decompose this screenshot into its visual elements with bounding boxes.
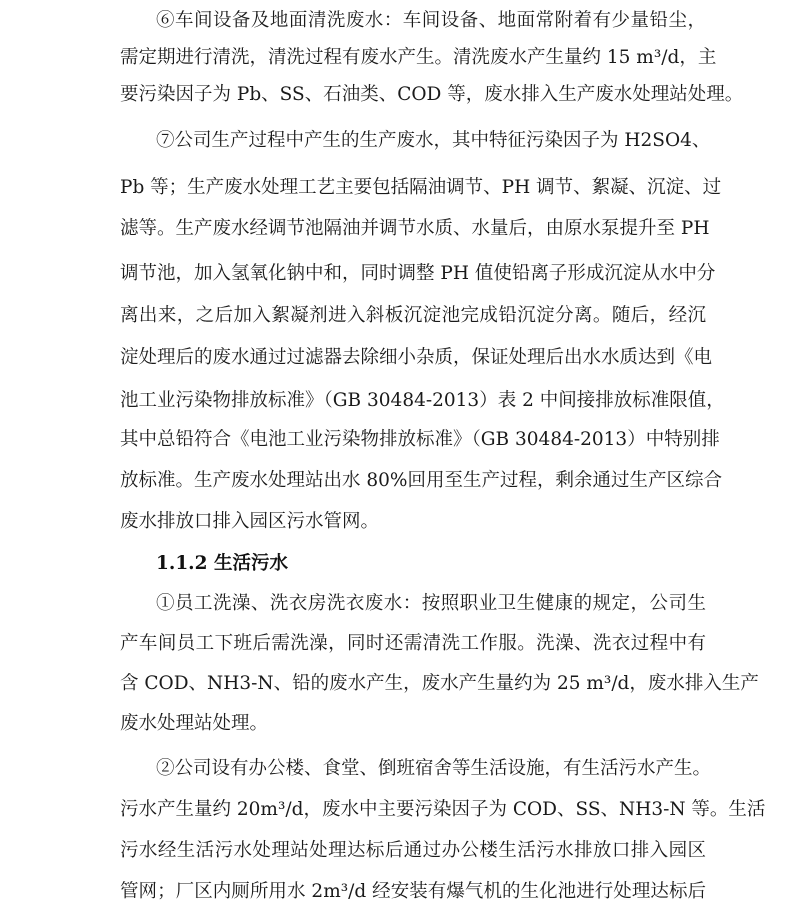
section-paragraph-2-line-1: ②公司设有办公楼、食堂、倒班宿舍等生活设施，有生活污水产生。	[156, 750, 706, 787]
paragraph-7-line-4: 调节池，加入氢氧化钠中和，同时调整 PH 值使铅离子形成沉淀从水中分	[120, 255, 706, 292]
paragraph-6-line-3: 要污染因子为 Pb、SS、石油类、COD 等，废水排入生产废水处理站处理。	[120, 76, 706, 113]
section-paragraph-2-line-3: 污水经生活污水处理站处理达标后通过办公楼生活污水排放口排入园区	[120, 832, 706, 869]
section-paragraph-2-line-4: 管网；厂区内厕所用水 2m³/d 经安装有爆气机的生化池进行处理达标后	[120, 873, 706, 910]
section-paragraph-1-line-1: ①员工洗澡、洗衣房洗衣废水：按照职业卫生健康的规定，公司生	[156, 585, 706, 622]
paragraph-7-line-9: 放标准。生产废水处理站出水 80%回用至生产过程，剩余通过生产区综合	[120, 462, 706, 499]
paragraph-7-line-7: 池工业污染物排放标准》（GB 30484-2013）表 2 中间接排放标准限值，	[120, 382, 706, 419]
paragraph-6-line-2: 需定期进行清洗，清洗过程有废水产生。清洗废水产生量约 15 m³/d，主	[120, 39, 706, 76]
paragraph-7-line-8: 其中总铅符合《电池工业污染物排放标准》（GB 30484-2013）中特别排	[120, 421, 706, 458]
section-paragraph-1-line-4: 废水处理站处理。	[120, 705, 706, 742]
section-paragraph-1-line-2: 产车间员工下班后需洗澡，同时还需清洗工作服。洗澡、洗衣过程中有	[120, 625, 706, 662]
paragraph-7-line-1: ⑦公司生产过程中产生的生产废水，其中特征污染因子为 H2SO4、	[156, 122, 706, 159]
paragraph-7-line-5: 离出来，之后加入絮凝剂进入斜板沉淀池完成铅沉淀分离。随后，经沉	[120, 297, 706, 334]
section-paragraph-1-line-3: 含 COD、NH3-N、铅的废水产生，废水产生量约为 25 m³/d，废水排入生…	[120, 665, 706, 702]
section-heading: 1.1.2 生活污水	[156, 545, 288, 582]
paragraph-6-line-1: ⑥车间设备及地面清洗废水：车间设备、地面常附着有少量铅尘，	[156, 2, 706, 39]
paragraph-7-line-10: 废水排放口排入园区污水管网。	[120, 503, 706, 540]
paragraph-7-line-3: 滤等。生产废水经调节池隔油并调节水质、水量后，由原水泵提升至 PH	[120, 210, 706, 247]
paragraph-7-line-6: 淀处理后的废水通过过滤器去除细小杂质，保证处理后出水水质达到《电	[120, 339, 706, 376]
section-paragraph-2-line-2: 污水产生量约 20m³/d，废水中主要污染因子为 COD、SS、NH3-N 等。…	[120, 791, 706, 828]
paragraph-7-line-2: Pb 等；生产废水处理工艺主要包括隔油调节、PH 调节、絮凝、沉淀、过	[120, 169, 706, 206]
